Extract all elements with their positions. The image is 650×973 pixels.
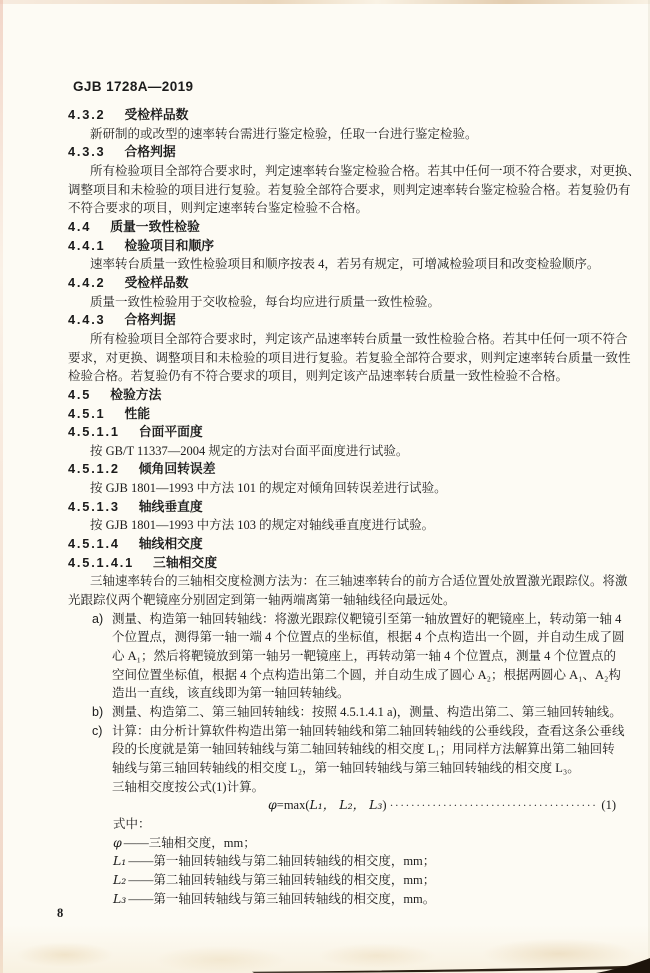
list-item-line: c)计算：由分析计算软件构造出第一轴回转轴线和第二轴回转轴线的公垂线段，查看这条… bbox=[68, 722, 640, 741]
formula-number: (1) bbox=[601, 796, 616, 815]
formula-close-paren: ) bbox=[382, 796, 386, 815]
section-heading: 4.5检验方法 bbox=[68, 386, 640, 405]
heading-number: 4.5.1.1 bbox=[68, 424, 120, 439]
formula-dot-leader: ········································… bbox=[390, 797, 599, 816]
symbol: L₁ bbox=[113, 853, 126, 868]
symbol-definition-line: L₃——第一轴回转轴线与第三轴回转轴线的相交度，mm。 bbox=[68, 890, 640, 909]
section-heading: 4.4.3合格判据 bbox=[68, 311, 640, 330]
section-heading: 4.5.1.4.1三轴相交度 bbox=[68, 554, 640, 573]
heading-number: 4.4 bbox=[68, 219, 91, 234]
body-line: 质量一致性检验用于交收检验，每台均应进行质量一致性检验。 bbox=[68, 293, 640, 312]
list-marker: b) bbox=[92, 703, 112, 722]
body-line: 新研制的或改型的速率转台需进行鉴定检验，任取一台进行鉴定检验。 bbox=[68, 125, 640, 144]
list-continuation-line: 轴线与第三轴回转轴线的相交度 L₂，第一轴回转轴线与第三轴回转轴线的相交度 L₃… bbox=[68, 759, 640, 778]
heading-number: 4.3.3 bbox=[68, 144, 105, 159]
body-line: 所有检验项目全部符合要求时，判定速率转台鉴定检验合格。若其中任何一项不符合要求，… bbox=[68, 162, 640, 181]
scan-top-edge bbox=[0, 0, 650, 4]
scanned-document-page: GJB 1728A—2019 4.3.2受检样品数 新研制的或改型的速率转台需进… bbox=[0, 0, 650, 973]
heading-number: 4.4.2 bbox=[68, 275, 105, 290]
symbol-definition-line: φ——三轴相交度，mm； bbox=[68, 834, 640, 853]
heading-title: 受检样品数 bbox=[124, 107, 188, 122]
body-line: 所有检验项目全部符合要求时，判定该产品速率转台质量一致性检验合格。若其中任何一项… bbox=[68, 330, 640, 349]
symbol-definition-line: L₂——第二轴回转轴线与第三轴回转轴线的相交度，mm； bbox=[68, 871, 640, 890]
body-line: 按 GJB 1801—1993 中方法 103 的规定对轴线垂直度进行试验。 bbox=[68, 516, 640, 535]
list-item-line: b)测量、构造第二、第三轴回转轴线：按照 4.5.1.4.1 a)，测量、构造出… bbox=[68, 703, 640, 722]
heading-title: 检验项目和顺序 bbox=[124, 238, 214, 253]
heading-number: 4.5.1.2 bbox=[68, 461, 120, 476]
heading-number: 4.5.1 bbox=[68, 406, 105, 421]
scan-left-edge bbox=[0, 0, 3, 973]
scan-bottom-shadow-band bbox=[0, 949, 650, 973]
list-item-line: a)测量、构造第一轴回转轴线：将激光跟踪仪靶镜引至第一轴放置好的靶镜座上，转动第… bbox=[68, 610, 640, 629]
section-heading: 4.4.1检验项目和顺序 bbox=[68, 237, 640, 256]
body-line: 检验合格。若复验仍有不符合要求的项目，则判定该产品速率转台质量一致性检验不合格。 bbox=[68, 367, 640, 386]
body-line: 调整项目和未检验的项目进行复验。若复验全部符合要求，则判定速率转台鉴定检验合格。… bbox=[68, 181, 640, 200]
list-text: 测量、构造第一轴回转轴线：将激光跟踪仪靶镜引至第一轴放置好的靶镜座上，转动第一轴… bbox=[112, 612, 621, 626]
section-heading: 4.5.1.3轴线垂直度 bbox=[68, 498, 640, 517]
body-line: 按 GB/T 11337—2004 规定的方法对台面平面度进行试验。 bbox=[68, 442, 640, 461]
heading-title: 轴线相交度 bbox=[139, 536, 203, 551]
list-continuation-line: 空间位置坐标值，根据 4 个点构造出第二个圆，并自动生成了圆心 A₂；根据两圆心… bbox=[68, 666, 640, 685]
heading-number: 4.3.2 bbox=[68, 107, 105, 122]
section-heading: 4.3.3合格判据 bbox=[68, 143, 640, 162]
heading-title: 质量一致性检验 bbox=[110, 219, 200, 234]
body-line: 不符合要求的项目，则判定速率转台鉴定检验不合格。 bbox=[68, 199, 640, 218]
formula-line: φ=max(L₁， L₂， L₃) ······················… bbox=[68, 796, 640, 815]
list-text: 测量、构造第二、第三轴回转轴线：按照 4.5.1.4.1 a)，测量、构造出第二… bbox=[112, 705, 622, 719]
symbol-definition-text: ——第一轴回转轴线与第二轴回转轴线的相交度，mm； bbox=[128, 854, 435, 868]
list-marker: a) bbox=[92, 610, 112, 629]
heading-title: 合格判据 bbox=[124, 312, 175, 327]
heading-title: 受检样品数 bbox=[124, 275, 188, 290]
body-line: 按 GJB 1801—1993 中方法 101 的规定对倾角回转误差进行试验。 bbox=[68, 479, 640, 498]
heading-number: 4.5 bbox=[68, 387, 91, 402]
section-heading: 4.5.1性能 bbox=[68, 405, 640, 424]
section-heading: 4.3.2受检样品数 bbox=[68, 106, 640, 125]
formula-variable: φ bbox=[268, 796, 277, 815]
document-body: 4.3.2受检样品数 新研制的或改型的速率转台需进行鉴定检验，任取一台进行鉴定检… bbox=[68, 106, 640, 908]
symbol-definition-text: ——第二轴回转轴线与第三轴回转轴线的相交度，mm； bbox=[128, 873, 435, 887]
body-line: 要求，对更换、调整项目和未检验的项目进行复验。若复验全部符合要求，则判定速率转台… bbox=[68, 349, 640, 368]
heading-title: 三轴相交度 bbox=[153, 555, 217, 570]
heading-title: 台面平面度 bbox=[139, 424, 203, 439]
section-heading: 4.5.1.2倾角回转误差 bbox=[68, 460, 640, 479]
section-heading: 4.5.1.1台面平面度 bbox=[68, 423, 640, 442]
list-continuation-line: 造出一直线，该直线即为第一轴回转轴线。 bbox=[68, 684, 640, 703]
formula-function: =max( bbox=[277, 796, 310, 815]
page-number: 8 bbox=[57, 906, 63, 921]
standard-number-header: GJB 1728A—2019 bbox=[73, 79, 193, 94]
heading-number: 4.5.1.4.1 bbox=[68, 555, 134, 570]
section-heading: 4.5.1.4轴线相交度 bbox=[68, 535, 640, 554]
heading-number: 4.4.3 bbox=[68, 312, 105, 327]
symbol: L₂ bbox=[113, 872, 126, 887]
heading-title: 轴线垂直度 bbox=[139, 499, 203, 514]
heading-number: 4.5.1.3 bbox=[68, 499, 120, 514]
heading-title: 检验方法 bbox=[110, 387, 161, 402]
symbol-definition-text: ——三轴相交度，mm； bbox=[124, 836, 256, 850]
symbol-definition-text: ——第一轴回转轴线与第三轴回转轴线的相交度，mm。 bbox=[128, 892, 435, 906]
body-line: 三轴相交度按公式(1)计算。 bbox=[68, 778, 640, 797]
scan-bottom-tint bbox=[0, 925, 650, 973]
section-heading: 4.4质量一致性检验 bbox=[68, 218, 640, 237]
symbol: φ bbox=[113, 835, 122, 850]
body-line: 光跟踪仪两个靶镜座分别固定到第一轴两端离第一轴轴线径向最远处。 bbox=[68, 591, 640, 610]
section-heading: 4.4.2受检样品数 bbox=[68, 274, 640, 293]
list-continuation-line: 心 A₁；然后将靶镜放到第一轴另一靶镜座上，再转动第一轴 4 个位置点，测量 4… bbox=[68, 647, 640, 666]
heading-title: 合格判据 bbox=[124, 144, 175, 159]
heading-title: 性能 bbox=[124, 406, 150, 421]
list-continuation-line: 段的长度就是第一轴回转轴线与第二轴回转轴线的相交度 L₁；用同样方法解算出第二轴… bbox=[68, 740, 640, 759]
list-marker: c) bbox=[92, 722, 112, 741]
heading-title: 倾角回转误差 bbox=[139, 461, 216, 476]
formula-arguments: L₁， L₂， L₃ bbox=[310, 796, 383, 815]
where-label-line: 式中： bbox=[68, 815, 640, 834]
body-line: 三轴速率转台的三轴相交度检测方法为：在三轴速率转台的前方合适位置处放置激光跟踪仪… bbox=[68, 572, 640, 591]
heading-number: 4.4.1 bbox=[68, 238, 105, 253]
heading-number: 4.5.1.4 bbox=[68, 536, 120, 551]
body-line: 速率转台质量一致性检验项目和顺序按表 4，若另有规定，可增减检验项目和改变检验顺… bbox=[68, 255, 640, 274]
symbol-definition-line: L₁——第一轴回转轴线与第二轴回转轴线的相交度，mm； bbox=[68, 852, 640, 871]
symbol: L₃ bbox=[113, 891, 126, 906]
list-continuation-line: 个位置点，测得第一轴一端 4 个位置点的坐标值，根据 4 个点构造出一个圆，并自… bbox=[68, 628, 640, 647]
list-text: 计算：由分析计算软件构造出第一轴回转轴线和第二轴回转轴线的公垂线段，查看这条公垂… bbox=[112, 724, 625, 738]
